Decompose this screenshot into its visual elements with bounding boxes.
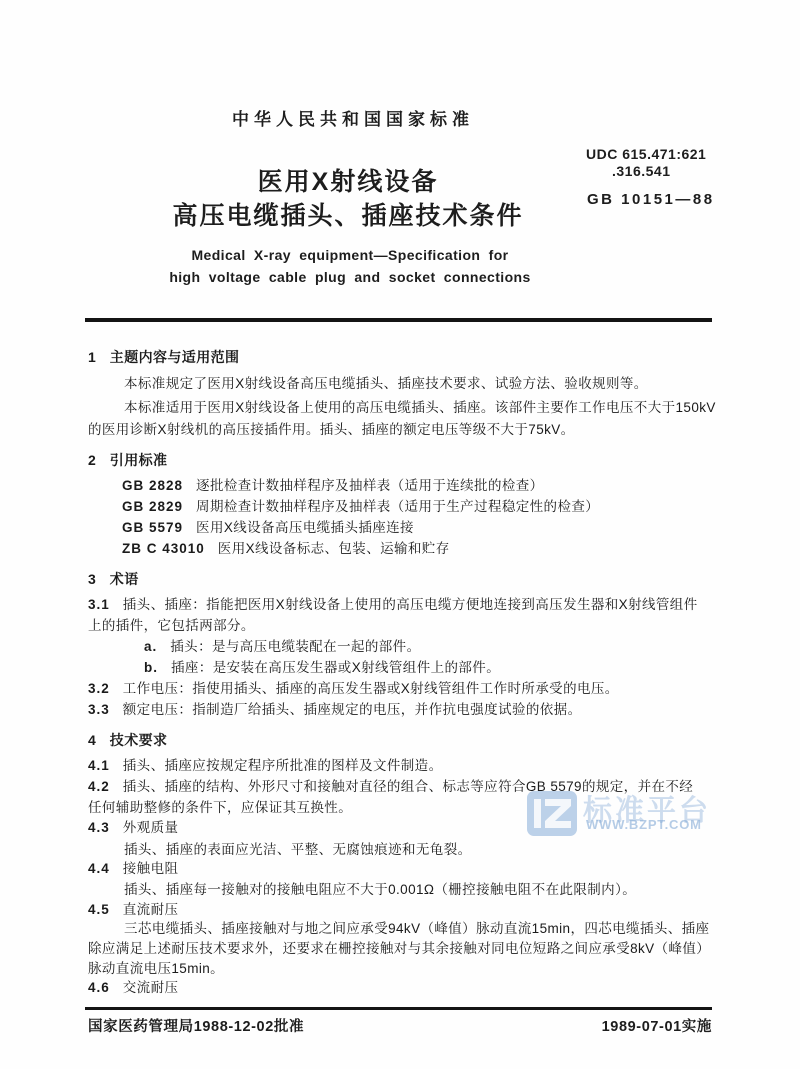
doc-line: 4.2插头、插座的结构、外形尺寸和接触对直径的组合、标志等应符合GB 5579的… xyxy=(88,776,728,798)
implementation-note: 1989-07-01实施 xyxy=(88,1016,712,1038)
line-text: 接触电阻 xyxy=(123,861,179,876)
line-text: 周期检查计数抽样程序及抽样表（适用于生产过程稳定性的检查） xyxy=(196,499,599,514)
clause-number: 4.2 xyxy=(88,779,110,794)
doc-line: 上的插件，它包括两部分。 xyxy=(88,615,728,637)
line-text: 插座：是安装在高压发生器或X射线管组件上的部件。 xyxy=(171,660,500,675)
doc-line: 4.4接触电阻 xyxy=(88,858,728,880)
clause-number: 3.1 xyxy=(88,597,110,612)
clause-number: b. xyxy=(144,660,158,675)
clause-number: a. xyxy=(144,639,157,654)
clause-number: 3 xyxy=(88,571,97,587)
line-text: 逐批检查计数抽样程序及抽样表（适用于连续批的检查） xyxy=(196,478,544,493)
clause-number: GB 2829 xyxy=(122,499,183,514)
doc-line: 4.3外观质量 xyxy=(88,817,728,839)
clause-number: 3.2 xyxy=(88,681,110,696)
line-text: 技术要求 xyxy=(110,732,168,748)
clause-number: ZB C 43010 xyxy=(122,541,205,556)
doc-line: ZB C 43010医用X线设备标志、包装、运输和贮存 xyxy=(88,538,762,560)
doc-line: 的医用诊断X射线机的高压接插件用。插头、插座的额定电压等级不大于75kV。 xyxy=(88,419,728,441)
line-text: 插头、插座每一接触对的接触电阻应不大于0.001Ω（栅控接触电阻不在此限制内）。 xyxy=(124,882,636,897)
line-text: 插头、插座：指能把医用X射线设备上使用的高压电缆方便地连接到高压发生器和X射线管… xyxy=(123,597,698,612)
line-text: 上的插件，它包括两部分。 xyxy=(88,618,255,633)
line-text: 插头、插座的表面应光洁、平整、无腐蚀痕迹和无龟裂。 xyxy=(124,842,472,857)
doc-line: GB 2828逐批检查计数抽样程序及抽样表（适用于连续批的检查） xyxy=(88,475,762,497)
doc-line: a.插头：是与高压电缆装配在一起的部件。 xyxy=(88,636,784,658)
line-text: 医用X线设备高压电缆插头插座连接 xyxy=(196,520,414,535)
document-title-cn-line1: 医用X射线设备 xyxy=(88,167,608,197)
doc-line: b.插座：是安装在高压发生器或X射线管组件上的部件。 xyxy=(88,657,784,679)
document-title-en-line2: high voltage cable plug and socket conne… xyxy=(88,268,612,286)
doc-line: 除应满足上述耐压技术要求外，还要求在栅控接触对与其余接触对同电位短路之间应承受8… xyxy=(88,938,728,960)
doc-line: GB 2829周期检查计数抽样程序及抽样表（适用于生产过程稳定性的检查） xyxy=(88,496,762,518)
line-text: 插头：是与高压电缆装配在一起的部件。 xyxy=(170,639,420,654)
section-heading: 2引用标准 xyxy=(88,449,728,471)
clause-number: GB 5579 xyxy=(122,520,183,535)
line-text: 插头、插座应按规定程序所批准的图样及文件制造。 xyxy=(123,758,443,773)
udc-classification-line1: UDC 615.471:621 xyxy=(586,146,706,163)
document-page: 中华人民共和国国家标准 UDC 615.471:621 .316.541 GB … xyxy=(0,0,800,1069)
clause-number: GB 2828 xyxy=(122,478,183,493)
udc-classification-line2: .316.541 xyxy=(612,163,671,180)
national-standard-label: 中华人民共和国国家标准 xyxy=(88,109,618,131)
doc-line: 4.6交流耐压 xyxy=(88,977,728,999)
clause-number: 4.3 xyxy=(88,820,110,835)
line-text: 除应满足上述耐压技术要求外，还要求在栅控接触对与其余接触对同电位短路之间应承受8… xyxy=(88,941,710,956)
line-text: 引用标准 xyxy=(110,452,168,468)
line-text: 插头、插座的结构、外形尺寸和接触对直径的组合、标志等应符合GB 5579的规定，… xyxy=(123,779,693,794)
clause-number: 4.1 xyxy=(88,758,110,773)
clause-number: 4.4 xyxy=(88,861,110,876)
doc-line: 本标准规定了医用X射线设备高压电缆插头、插座技术要求、试验方法、验收规则等。 xyxy=(88,373,764,395)
doc-line: 插头、插座每一接触对的接触电阻应不大于0.001Ω（栅控接触电阻不在此限制内）。 xyxy=(88,879,764,901)
line-text: 任何辅助整修的条件下，应保证其互换性。 xyxy=(88,800,352,815)
clause-number: 3.3 xyxy=(88,702,110,717)
line-text: 直流耐压 xyxy=(123,902,179,917)
section-heading: 1主题内容与适用范围 xyxy=(88,346,728,368)
line-text: 额定电压：指制造厂给插头、插座规定的电压，并作抗电强度试验的依据。 xyxy=(123,702,582,717)
line-text: 主题内容与适用范围 xyxy=(110,349,240,365)
line-text: 工作电压：指使用插头、插座的高压发生器或X射线管组件工作时所承受的电压。 xyxy=(123,681,619,696)
line-text: 本标准规定了医用X射线设备高压电缆插头、插座技术要求、试验方法、验收规则等。 xyxy=(124,376,648,391)
doc-line: GB 5579医用X线设备高压电缆插头插座连接 xyxy=(88,517,762,539)
clause-number: 2 xyxy=(88,452,97,468)
clause-number: 4 xyxy=(88,732,97,748)
document-title-en-line1: Medical X-ray equipment—Specification fo… xyxy=(88,246,612,264)
clause-number: 4.5 xyxy=(88,902,110,917)
doc-line: 3.3额定电压：指制造厂给插头、插座规定的电压，并作抗电强度试验的依据。 xyxy=(88,699,728,721)
section-heading: 3术语 xyxy=(88,568,728,590)
line-text: 的医用诊断X射线机的高压接插件用。插头、插座的额定电压等级不大于75kV。 xyxy=(88,422,575,437)
doc-line: 任何辅助整修的条件下，应保证其互换性。 xyxy=(88,797,728,819)
line-text: 医用X线设备标志、包装、运输和贮存 xyxy=(218,541,450,556)
clause-number: 1 xyxy=(88,349,97,365)
doc-line: 本标准适用于医用X射线设备上使用的高压电缆插头、插座。该部件主要作工作电压不大于… xyxy=(88,397,764,419)
line-text: 三芯电缆插头、插座接触对与地之间应承受94kV（峰值）脉动直流15min，四芯电… xyxy=(124,921,709,936)
section-heading: 4技术要求 xyxy=(88,729,728,751)
doc-line: 三芯电缆插头、插座接触对与地之间应承受94kV（峰值）脉动直流15min，四芯电… xyxy=(88,918,764,940)
line-text: 术语 xyxy=(110,571,139,587)
clause-number: 4.6 xyxy=(88,980,110,995)
document-title-cn-line2: 高压电缆插头、插座技术条件 xyxy=(88,201,608,231)
line-text: 本标准适用于医用X射线设备上使用的高压电缆插头、插座。该部件主要作工作电压不大于… xyxy=(124,400,716,415)
doc-line: 4.1插头、插座应按规定程序所批准的图样及文件制造。 xyxy=(88,755,728,777)
line-text: 交流耐压 xyxy=(123,980,179,995)
doc-line: 3.1插头、插座：指能把医用X射线设备上使用的高压电缆方便地连接到高压发生器和X… xyxy=(88,594,728,616)
line-text: 脉动直流电压15min。 xyxy=(88,961,224,976)
header-divider-rule xyxy=(85,318,712,322)
doc-line: 3.2工作电压：指使用插头、插座的高压发生器或X射线管组件工作时所承受的电压。 xyxy=(88,678,728,700)
line-text: 外观质量 xyxy=(123,820,179,835)
footer-divider-rule xyxy=(85,1007,712,1010)
